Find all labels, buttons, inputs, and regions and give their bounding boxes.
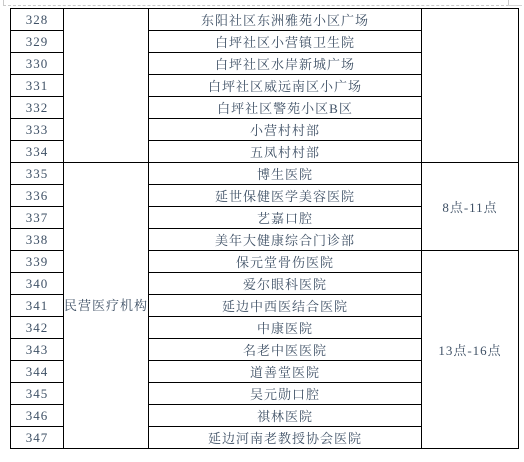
time-slot-cell-afternoon: 13点-16点 [422,251,519,449]
row-number-cell: 339 [11,251,64,273]
site-name-cell: 名老中医医院 [149,339,422,361]
site-name-cell: 爱尔眼科医院 [149,273,422,295]
site-name-cell: 延世保健医学美容医院 [149,185,422,207]
row-number-cell: 330 [11,53,64,75]
category-cell: 民营医疗机构 [64,163,149,449]
row-number-cell: 347 [11,427,64,449]
row-number-cell: 337 [11,207,64,229]
row-number-cell: 345 [11,383,64,405]
site-name-cell: 美年大健康综合门诊部 [149,229,422,251]
site-name-cell: 保元堂骨伤医院 [149,251,422,273]
row-number-cell: 341 [11,295,64,317]
row-number-cell: 328 [11,9,64,31]
category-spacer-cell [64,9,149,163]
row-number-cell: 331 [11,75,64,97]
site-name-cell: 延边中西医结合医院 [149,295,422,317]
site-name-cell: 博生医院 [149,163,422,185]
site-name-cell: 白坪社区警苑小区B区 [149,97,422,119]
site-name-cell: 延边河南老教授协会医院 [149,427,422,449]
row-number-cell: 342 [11,317,64,339]
site-name-cell: 白坪社区威远南区小广场 [149,75,422,97]
row-number-cell: 332 [11,97,64,119]
site-name-cell: 小营村村部 [149,119,422,141]
row-number-cell: 338 [11,229,64,251]
site-name-cell: 吴元勋口腔 [149,383,422,405]
row-number-cell: 334 [11,141,64,163]
table-row: 328 东阳社区东洲雅苑小区广场 [11,9,519,31]
row-number-cell: 336 [11,185,64,207]
text-boundary-line [3,5,509,6]
site-name-cell: 艺嘉口腔 [149,207,422,229]
site-name-cell: 中康医院 [149,317,422,339]
vaccination-site-table: 328 东阳社区东洲雅苑小区广场 329 白坪社区小营镇卫生院 330 白坪社区… [10,8,519,449]
table-row: 335 民营医疗机构 博生医院 8点-11点 [11,163,519,185]
time-slot-cell-morning: 8点-11点 [422,163,519,251]
row-number-cell: 346 [11,405,64,427]
row-number-cell: 344 [11,361,64,383]
text-boundary-tail [508,5,522,6]
row-number-cell: 343 [11,339,64,361]
site-name-cell: 道善堂医院 [149,361,422,383]
site-name-cell: 白坪社区小营镇卫生院 [149,31,422,53]
site-name-cell: 东阳社区东洲雅苑小区广场 [149,9,422,31]
site-name-cell: 白坪社区水岸新城广场 [149,53,422,75]
site-name-cell: 五凤村村部 [149,141,422,163]
row-number-cell: 333 [11,119,64,141]
time-slot-spacer-cell [422,9,519,163]
row-number-cell: 329 [11,31,64,53]
site-name-cell: 祺林医院 [149,405,422,427]
document-page: 328 东阳社区东洲雅苑小区广场 329 白坪社区小营镇卫生院 330 白坪社区… [0,0,524,462]
row-number-cell: 335 [11,163,64,185]
text-boundary-tick-left [3,0,4,6]
row-number-cell: 340 [11,273,64,295]
